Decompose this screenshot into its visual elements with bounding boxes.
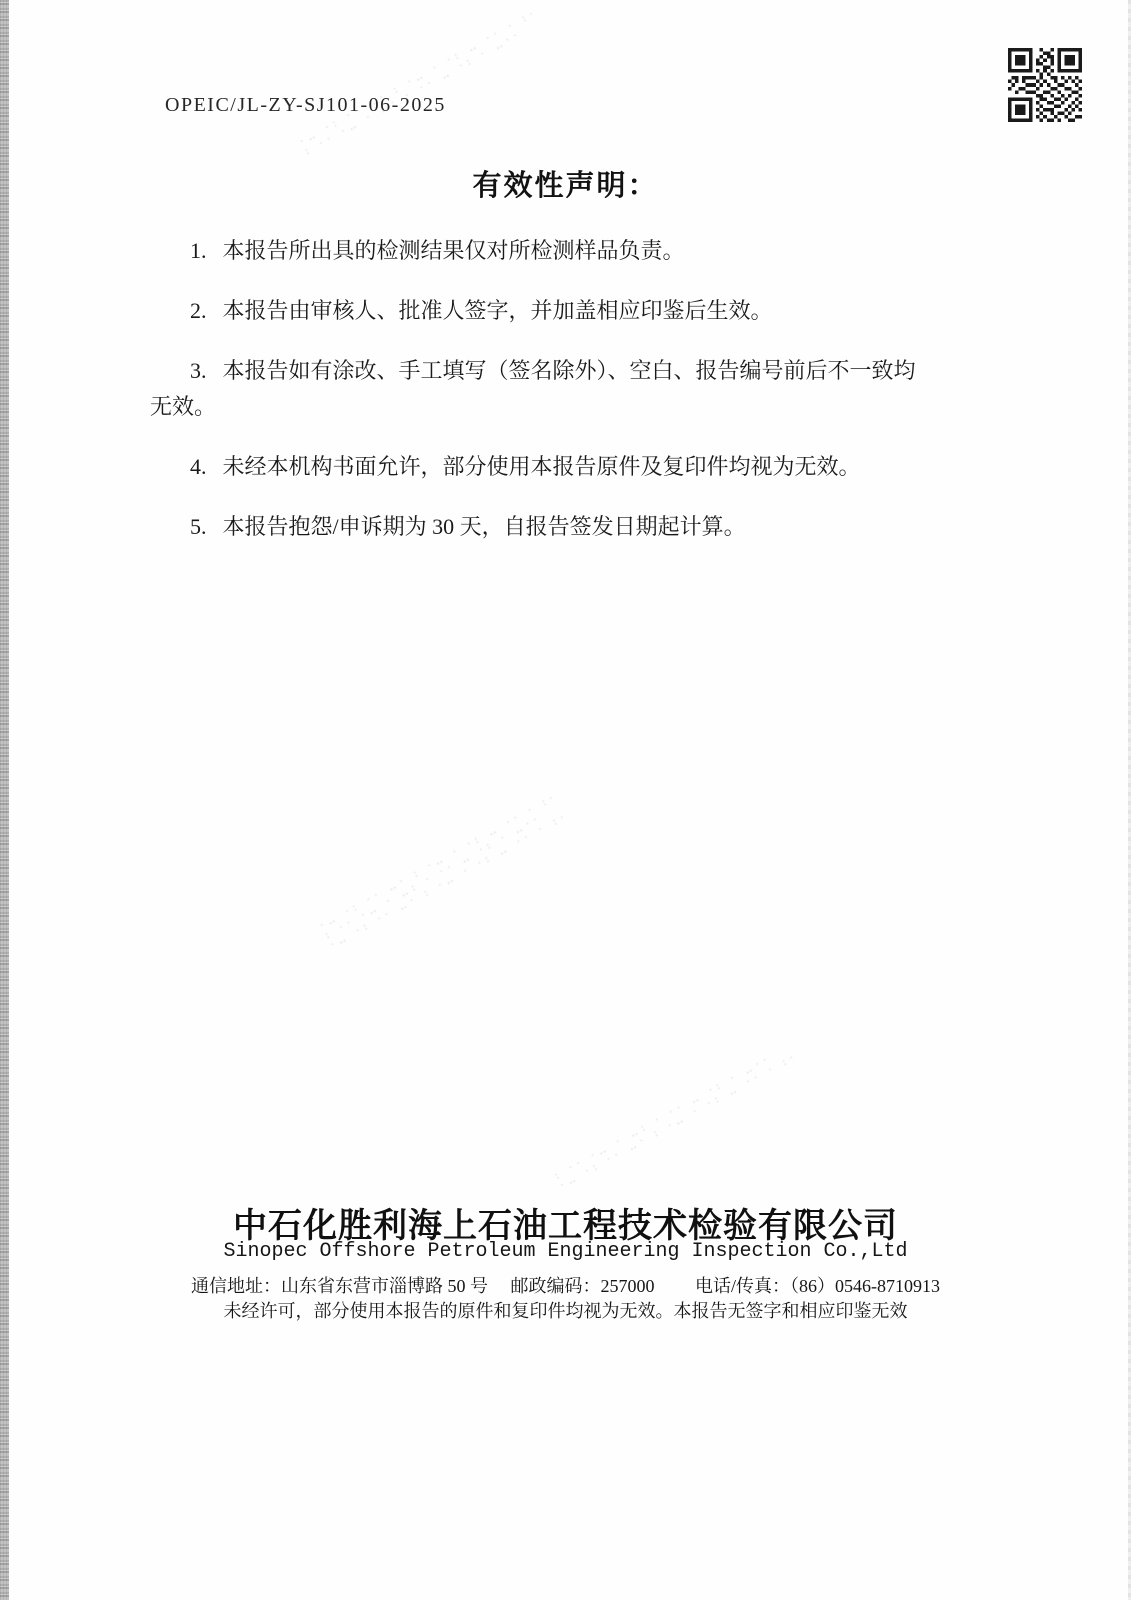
statement-4: 4.未经本机构书面允许，部分使用本报告原件及复印件均视为无效。 — [150, 449, 950, 485]
statement-1-number: 1. — [190, 233, 207, 269]
statement-3-number: 3. — [190, 353, 207, 389]
statement-1: 1.本报告所出具的检测结果仅对所检测样品负责。 — [150, 233, 950, 269]
watermark-artifact: : ·· ·‥ · ‥: · ·· ‥ ·: · ‥·· ·‥ ·: ·· ‥·… — [553, 1041, 800, 1192]
qr-code-icon — [1008, 48, 1082, 122]
statement-4-text: 未经本机构书面允许，部分使用本报告原件及复印件均视为无效。 — [223, 454, 861, 479]
statement-2-number: 2. — [190, 293, 207, 329]
statement-2-text: 本报告由审核人、批准人签字，并加盖相应印鉴后生效。 — [223, 298, 773, 323]
watermark-artifact: ·‥ ·: ·· ‥· : ·‥ · ·: ‥ ·· · :· : ·· ·‥ … — [298, 7, 545, 158]
statement-5-number: 5. — [190, 509, 207, 545]
statement-2: 2.本报告由审核人、批准人签字，并加盖相应印鉴后生效。 — [150, 293, 950, 329]
report-page: OPEIC/JL-ZY-SJ101-06-2025 有效性声明： 1.本报告所出… — [0, 0, 1131, 1600]
statement-3-text-line1: 本报告如有涂改、手工填写（签名除外）、空白、报告编号前后不一致均 — [223, 358, 916, 383]
statement-list: 1.本报告所出具的检测结果仅对所检测样品负责。 2.本报告由审核人、批准人签字，… — [150, 233, 950, 569]
statement-4-number: 4. — [190, 449, 207, 485]
statement-5: 5.本报告抱怨/申诉期为 30 天，自报告签发日期起计算。 — [150, 509, 950, 545]
footer-contact-line: 通信地址：山东省东营市淄博路 50 号 邮政编码：257000 电话/传真：（8… — [0, 1272, 1131, 1298]
statement-3-text-line2: 无效。 — [150, 389, 950, 425]
statement-1-text: 本报告所出具的检测结果仅对所检测样品负责。 — [223, 238, 685, 263]
watermark-artifact: ·‥ ·: ·· ‥· : ·‥ · ·: ‥ ·· · :· : ·· ·‥ … — [318, 791, 571, 951]
footer-validity-note: 未经许可，部分使用本报告的原件和复印件均视为无效。本报告无签字和相应印鉴无效 — [0, 1297, 1131, 1323]
page-title: 有效性声明： — [0, 163, 1131, 204]
statement-3: 3.本报告如有涂改、手工填写（签名除外）、空白、报告编号前后不一致均 无效。 — [150, 353, 950, 425]
statement-5-text: 本报告抱怨/申诉期为 30 天，自报告签发日期起计算。 — [223, 514, 746, 539]
company-name-en: Sinopec Offshore Petroleum Engineering I… — [0, 1240, 1131, 1263]
scan-edge-left — [0, 0, 9, 1600]
